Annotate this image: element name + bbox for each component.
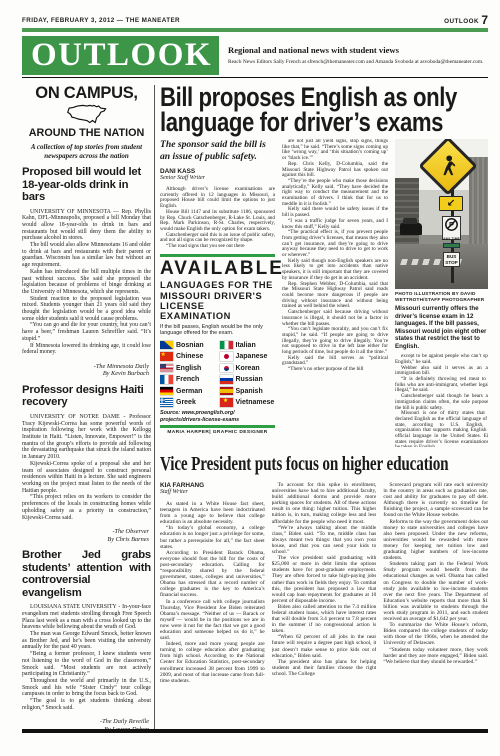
language-item: Japanese (220, 351, 276, 363)
main-headline-line2: language for driver’s exams (160, 110, 443, 135)
languages-infographic: AVAILABLE LANGUAGES FOR THE MISSOURI DRI… (160, 254, 275, 436)
road (395, 244, 488, 289)
paragraph: As stated in a White House fact sheet, t… (160, 501, 265, 525)
article-body-col3: except to be against people who can’t sp… (395, 354, 488, 447)
story-body: UNIVERSITY OF MINNESOTA — Rep. Phyllis K… (22, 209, 151, 356)
story-attribution: -The Daily Reveille By Lauren Duhon (24, 718, 149, 729)
story-byline: By Kevin Burbach (103, 370, 149, 377)
paragraph: House Bill 1147 and its substitute 1186,… (160, 210, 275, 233)
vp-col3: Scorecard program will rate each univers… (383, 482, 488, 729)
language-label: Bosnian (176, 342, 204, 349)
photo-caption: Missouri currently offers the driver’s l… (395, 305, 488, 350)
vp-byline: KIA FARHANG (160, 482, 265, 489)
paragraph: “We’re always talking about the middle c… (272, 525, 377, 555)
paragraph: Students taking part in the Federal Work… (383, 561, 488, 622)
greek-flag-icon (160, 398, 173, 407)
sidebar-intro: A collection of top stories from student… (28, 143, 145, 160)
paragraph: Missouri is one of thirty states that ha… (395, 411, 488, 447)
vp-byline-title: Staff Writer (160, 489, 265, 495)
paragraph: Gatschenberger said because driving with… (282, 310, 388, 327)
article-byline-title: Senior Staff Writer (160, 175, 275, 181)
paragraph: Student reaction to the proposed legisla… (22, 296, 151, 323)
on-campus-sidebar: ON CAMPUS, AROUND THE NATION A collectio… (22, 84, 151, 729)
article-byline: DANI KASS (160, 168, 275, 175)
paragraph: Throughout the world and primarily in th… (22, 678, 151, 698)
section-banner: OUTLOOK (22, 36, 219, 75)
paragraph: According to President Barack Obama, eve… (160, 550, 265, 599)
story-byline: By Chris Barnes (107, 536, 149, 543)
russian-flag-icon (220, 375, 233, 384)
language-item: Italian (220, 339, 276, 351)
paragraph: “In today’s global economy, a college ed… (160, 525, 265, 549)
vp-col1: KIA FARHANG Staff Writer As stated in a … (160, 482, 265, 729)
language-item: Russian (220, 374, 276, 386)
paragraph: To summarize the White House’s reform, B… (383, 622, 488, 646)
language-label: German (176, 388, 202, 395)
language-label: Italian (236, 342, 256, 349)
photo-credit: PHOTO ILLUSTRATION BY DAVID WETTROTH/STA… (395, 291, 488, 302)
language-item: English (160, 362, 216, 374)
vp-col2: To account for this spike in enrollment,… (272, 482, 377, 729)
main-article-col1: The sponsor said the bill is an issue of… (160, 139, 275, 447)
paragraph: Although driver’s license examinations a… (160, 187, 275, 210)
paragraph: “The goal is to get students thinking ab… (22, 698, 151, 711)
paragraph: “There’s no other purpose of the bill (282, 367, 388, 373)
story-headline: Proposed bill would let 18-year-olds dri… (22, 166, 151, 204)
vp-body-col1: As stated in a White House fact sheet, t… (160, 501, 265, 684)
paragraph: “They’re the people who make those decis… (282, 179, 388, 208)
vp-article-columns: KIA FARHANG Staff Writer As stated in a … (160, 482, 488, 729)
paragraph: UNIVERSITY OF NOTRE DAME - Professor Tra… (22, 414, 151, 461)
article-body-col2: are not just all yield signs, stop signs… (282, 139, 388, 373)
paragraph: Biden also called attention to the 7.4 m… (272, 604, 377, 634)
language-label: Korean (236, 365, 260, 372)
paragraph: To account for this spike in enrollment,… (272, 482, 377, 525)
story-body: LOUISIANA STATE UNIVERSITY - In-your-fac… (22, 604, 151, 711)
spanish-flag-icon (220, 387, 233, 396)
paragraph: Kahn has introduced the bill multiple ti… (22, 269, 151, 296)
paragraph: “Students today volunteer more, they wor… (383, 647, 488, 665)
language-item: Bosnian (160, 339, 216, 351)
language-column-right: Italian Japanese Korean Russian Spanish … (220, 339, 276, 408)
small-green-sign (443, 243, 460, 249)
article-deck: The sponsor said the bill is an issue of… (160, 139, 275, 162)
language-item: German (160, 385, 216, 397)
paragraph: Reforms to the way the government doles … (383, 519, 488, 562)
any-time-label: ANY TIME (443, 237, 460, 241)
paragraph: The vice president said graduating with … (272, 555, 377, 604)
main-article-col2: are not just all yield signs, stop signs… (282, 139, 388, 447)
language-label: Russian (236, 376, 263, 383)
language-item: Spanish (220, 385, 276, 397)
infographic-credit: MARIA HARPER| GRAPHIC DESIGNER (160, 430, 275, 435)
paragraph: Rep. Chris Kelly, D-Columbia, said the M… (282, 162, 388, 179)
paragraph: “The road signs that you see out there (160, 244, 275, 250)
language-label: Spanish (236, 388, 263, 395)
photo-credit-line1: PHOTO ILLUSTRATION BY DAVID (395, 291, 476, 296)
photo-credit-line2: WETTROTH/STAFF PHOTOGRAPHER (395, 297, 484, 302)
main-article-col3: ↙ P ANY TIME BUS STOP PHOTO ILLUSTRATION… (395, 139, 488, 447)
italian-flag-icon (220, 341, 233, 350)
green-rule (22, 28, 488, 32)
building-left (395, 178, 419, 246)
newspaper-page: FRIDAY, FEBRUARY 3, 2012 — THE MANEATER … (0, 0, 500, 756)
language-label: Chinese (176, 353, 203, 360)
paragraph: “It is definitely throwing red meat to t… (395, 377, 488, 394)
page-number: 7 (481, 13, 488, 27)
paragraph: The man was George Edward Smock, better … (22, 631, 151, 651)
infographic-top-bar (160, 254, 275, 258)
paragraph: If Minnesota lowered its drinking age, i… (22, 343, 151, 356)
french-flag-icon (160, 375, 173, 384)
arrow-icon: ↙ (447, 198, 455, 209)
no-parking-sign: P ANY TIME (442, 216, 461, 240)
story-headline: Professor designs Haiti recovery (22, 384, 151, 409)
vietnamese-flag-icon (220, 398, 233, 407)
article-body-col1: Although driver’s license examinations a… (160, 187, 275, 250)
paragraph: “Being a former professor, I knew studen… (22, 651, 151, 678)
vp-body-col3: Scorecard program will rate each univers… (383, 482, 488, 665)
language-column-left: Bosnian Chinese English French German Gr… (160, 339, 216, 408)
language-item: Chinese (160, 351, 216, 363)
language-label: Greek (176, 399, 196, 406)
paragraph: In a conference call with college journa… (160, 599, 265, 642)
language-list: Bosnian Chinese English French German Gr… (160, 339, 275, 408)
paragraph: The bill would also allow Minnesotans 16… (22, 242, 151, 269)
korean-flag-icon (220, 364, 233, 373)
infographic-subtitle: LANGUAGES FOR THE MISSOURI DRIVER'S LICE… (160, 280, 275, 321)
section-tagline: Regional and national news with student … (228, 45, 490, 55)
vp-headline: Vice President puts focus on higher educ… (160, 453, 488, 476)
language-item: Vietnamese (220, 397, 276, 409)
paragraph: Kijewski-Correa spoke of a proposal she … (22, 461, 151, 495)
editor-contact-line: Reach News Editors Sally French at sfren… (228, 59, 490, 65)
sidebar-title-line2: AROUND THE NATION (22, 127, 151, 139)
paragraph: “When 62 percent of all jobs in the near… (272, 634, 377, 658)
sidebar-story-3: Brother Jed grabs students’ attention wi… (22, 549, 151, 729)
main-headline: Bill proposes English as only language f… (160, 85, 488, 134)
paragraph: UNIVERSITY OF MINNESOTA — Rep. Phyllis K… (22, 209, 151, 243)
paragraph: LOUISIANA STATE UNIVERSITY - In-your-fac… (22, 604, 151, 631)
story-attribution: -The Minnesota Daily By Kevin Burbach (24, 363, 149, 378)
story-source: -The Daily Reveille (100, 718, 149, 725)
photo-illustration: ↙ P ANY TIME BUS STOP (395, 139, 488, 289)
paragraph: except to be against people who can’t sp… (395, 354, 488, 365)
paragraph: Indeed, more and more young people are t… (160, 641, 265, 684)
chinese-flag-icon (160, 352, 173, 361)
main-article-columns: The sponsor said the bill is an issue of… (160, 139, 488, 447)
column-divider (154, 85, 155, 729)
bottom-rule (22, 729, 488, 733)
paragraph: Scorecard program will rate each univers… (383, 482, 488, 519)
paragraph: “You can go and die for your country, bu… (22, 322, 151, 342)
paragraph: Gatschenberger said though he hears anti… (395, 394, 488, 411)
vp-headline-text: Vice President puts focus on higher educ… (160, 453, 448, 476)
story-source: -The Observer (112, 528, 149, 535)
sidebar-story-2: Professor designs Haiti recovery UNIVERS… (22, 384, 151, 543)
language-label: Vietnamese (236, 399, 275, 406)
paragraph: “You can’t legislate morality, and you c… (282, 327, 388, 356)
german-flag-icon (160, 387, 173, 396)
no-parking-icon: P (444, 217, 459, 232)
car (400, 223, 422, 235)
paragraph: “This project relies on its workers to c… (22, 494, 151, 521)
language-label: Japanese (236, 353, 268, 360)
language-item: Greek (160, 397, 216, 409)
sidebar-story-1: Proposed bill would let 18-year-olds dri… (22, 166, 151, 378)
japanese-flag-icon (220, 352, 233, 361)
pedestrian-icon (436, 154, 460, 178)
folio: OUTLOOK 7 (444, 13, 488, 27)
paragraph: Rep. Stephen Webber, D-Columbia, said th… (282, 282, 388, 311)
paragraph: “The practical effect is, if you prevent… (282, 230, 388, 259)
story-headline: Brother Jed grabs students’ attention wi… (22, 549, 151, 599)
paragraph: are not just all yield signs, stop signs… (282, 139, 388, 162)
date-line: FRIDAY, FEBRUARY 3, 2012 — THE MANEATER (22, 17, 180, 24)
story-source: -The Minnesota Daily (94, 363, 149, 370)
bosnian-flag-icon (160, 341, 173, 350)
paragraph: Kelly said though non-English speakers a… (282, 259, 388, 282)
vp-body-col2: To account for this spike in enrollment,… (272, 482, 377, 677)
infographic-note: If the bill passes, English would be the… (160, 324, 275, 336)
language-item: Korean (220, 362, 276, 374)
infographic-title: AVAILABLE (160, 258, 275, 280)
language-label: French (176, 376, 199, 383)
infographic-source: Source: www.proenglish.org/ projects/dri… (160, 410, 275, 422)
language-item: French (160, 374, 216, 386)
bus-stop-sign: BUS STOP (443, 252, 460, 267)
us-map-icon (66, 104, 108, 126)
main-area: Bill proposes English as only language f… (160, 84, 488, 729)
section-title: OUTLOOK (22, 37, 212, 74)
language-label: English (176, 365, 201, 372)
masthead-right: Regional and national news with student … (228, 45, 490, 65)
story-body: UNIVERSITY OF NOTRE DAME - Professor Tra… (22, 414, 151, 521)
paragraph: The president also has plans for helping… (272, 659, 377, 677)
folio-section: OUTLOOK (444, 18, 479, 25)
infographic-bottom-bar (160, 425, 275, 429)
sidebar-title-line1: ON CAMPUS, (22, 84, 151, 103)
header-rule (22, 77, 488, 78)
story-attribution: -The Observer By Chris Barnes (24, 528, 149, 543)
arrow-sign: ↙ (439, 196, 463, 211)
us-flag-icon (160, 364, 173, 373)
